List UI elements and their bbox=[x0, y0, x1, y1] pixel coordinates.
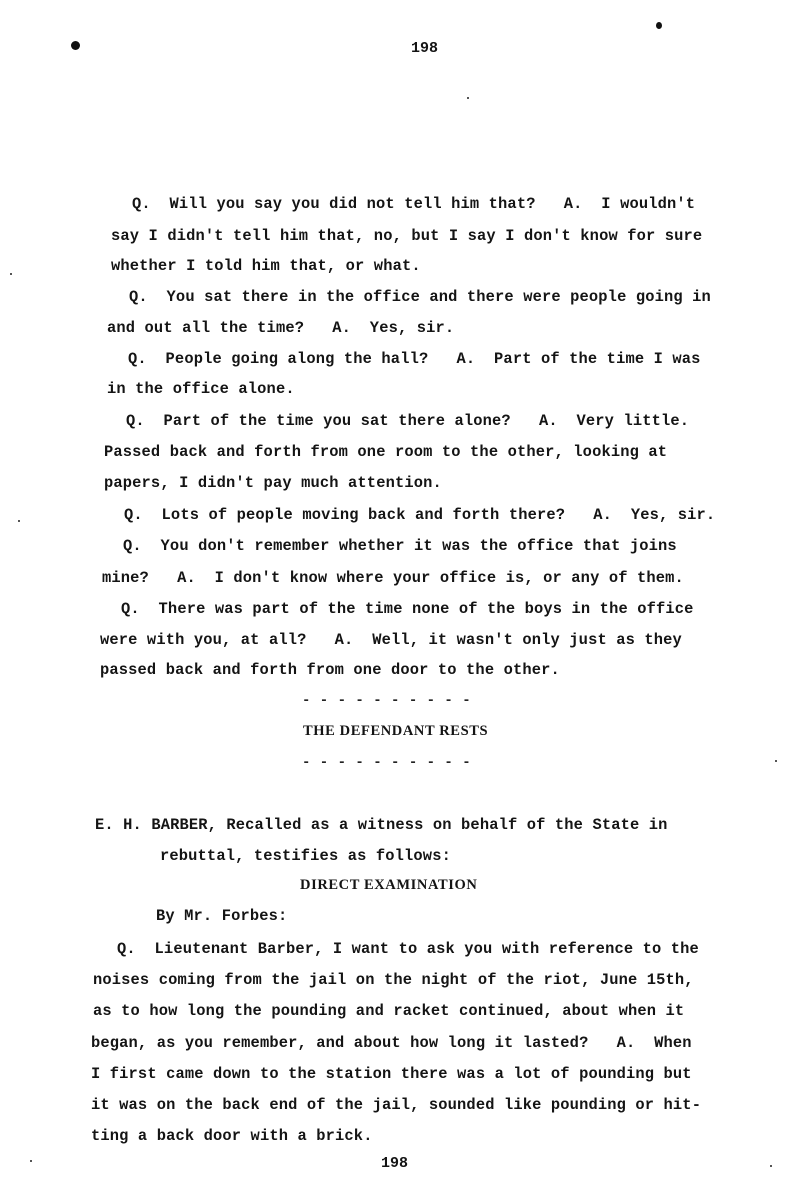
testimony-line: Q. There was part of the time none of th… bbox=[121, 600, 694, 618]
speck bbox=[467, 97, 469, 99]
divider-dashes-top: - - - - - - - - - - bbox=[302, 693, 471, 709]
examiner-label: By Mr. Forbes: bbox=[156, 907, 287, 925]
testimony-line: Q. Lieutenant Barber, I want to ask you … bbox=[117, 940, 699, 958]
testimony-line: Q. You sat there in the office and there… bbox=[129, 288, 711, 306]
page-number-top: 198 bbox=[411, 40, 438, 57]
testimony-line: began, as you remember, and about how lo… bbox=[91, 1034, 692, 1052]
testimony-line: Q. Will you say you did not tell him tha… bbox=[132, 195, 695, 213]
speck bbox=[770, 1165, 772, 1167]
testimony-line: mine? A. I don't know where your office … bbox=[102, 569, 684, 587]
divider-dashes-bottom: - - - - - - - - - - bbox=[302, 755, 471, 771]
exam-heading: DIRECT EXAMINATION bbox=[300, 877, 477, 894]
speck bbox=[775, 760, 777, 762]
testimony-line: Q. Part of the time you sat there alone?… bbox=[126, 412, 689, 430]
testimony-line: Q. People going along the hall? A. Part … bbox=[128, 350, 701, 368]
witness-intro-line2: rebuttal, testifies as follows: bbox=[160, 847, 451, 865]
testimony-line: as to how long the pounding and racket c… bbox=[93, 1002, 684, 1020]
testimony-line: noises coming from the jail on the night… bbox=[93, 971, 694, 989]
testimony-line: I first came down to the station there w… bbox=[91, 1065, 692, 1083]
testimony-line: say I didn't tell him that, no, but I sa… bbox=[111, 227, 702, 245]
ink-blot-right bbox=[656, 22, 662, 29]
page-number-bottom: 198 bbox=[381, 1155, 408, 1172]
document-page: 198 Q. Will you say you did not tell him… bbox=[0, 0, 800, 1179]
testimony-line: it was on the back end of the jail, soun… bbox=[91, 1096, 701, 1114]
testimony-line: Q. You don't remember whether it was the… bbox=[123, 537, 677, 555]
testimony-line: whether I told him that, or what. bbox=[111, 257, 421, 275]
testimony-line: Passed back and forth from one room to t… bbox=[104, 443, 667, 461]
testimony-line: and out all the time? A. Yes, sir. bbox=[107, 319, 454, 337]
testimony-line: in the office alone. bbox=[107, 380, 295, 398]
speck bbox=[18, 520, 20, 522]
speck bbox=[30, 1160, 32, 1162]
ink-blot-left bbox=[71, 41, 80, 50]
speck bbox=[10, 273, 12, 275]
testimony-line: Q. Lots of people moving back and forth … bbox=[124, 506, 715, 524]
testimony-line: papers, I didn't pay much attention. bbox=[104, 474, 442, 492]
testimony-line: were with you, at all? A. Well, it wasn'… bbox=[100, 631, 682, 649]
testimony-line: passed back and forth from one door to t… bbox=[100, 661, 560, 679]
section-heading-defendant-rests: THE DEFENDANT RESTS bbox=[303, 723, 488, 740]
witness-intro-line1: E. H. BARBER, Recalled as a witness on b… bbox=[95, 816, 668, 834]
testimony-line: ting a back door with a brick. bbox=[91, 1127, 373, 1145]
